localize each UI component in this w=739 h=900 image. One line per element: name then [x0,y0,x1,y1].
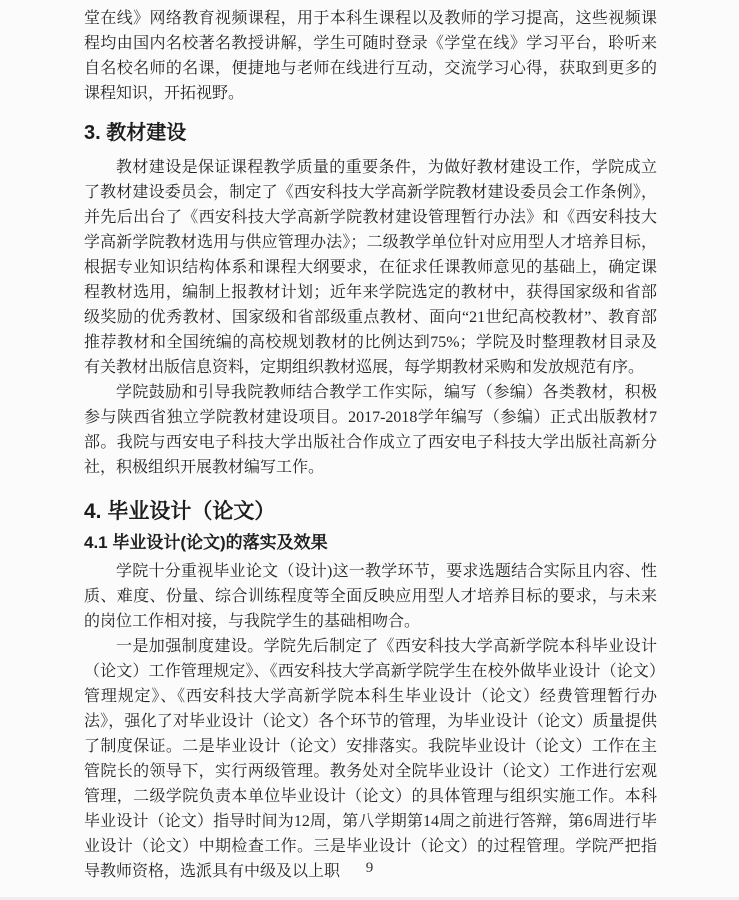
subsection-4-1-paragraph-2: 一是加强制度建设。学院先后制定了《西安科技大学高新学院本科毕业设计（论文）工作管… [84,634,657,884]
section-4-heading: 4. 毕业设计（论文） [84,498,657,525]
section-3-paragraph-1: 教材建设是保证课程教学质量的重要条件，为做好教材建设工作，学院成立了教材建设委员… [84,155,657,380]
section-3-paragraph-2: 学院鼓励和引导我院教师结合教学工作实际，编写（参编）各类教材，积极参与陕西省独立… [84,380,657,480]
section-3-heading: 3. 教材建设 [84,120,657,146]
document-page: 堂在线》网络教育视频课程，用于本科生课程以及教师的学习提高，这些视频课程均由国内… [0,0,739,900]
subsection-4-1-heading: 4.1 毕业设计(论文)的落实及效果 [84,531,657,555]
intro-continuation-paragraph: 堂在线》网络教育视频课程，用于本科生课程以及教师的学习提高，这些视频课程均由国内… [84,6,657,106]
subsection-4-1-paragraph-1: 学院十分重视毕业论文（设计)这一教学环节，要求选题结合实际且内容、性质、难度、份… [84,559,657,634]
page-number: 9 [0,860,739,877]
